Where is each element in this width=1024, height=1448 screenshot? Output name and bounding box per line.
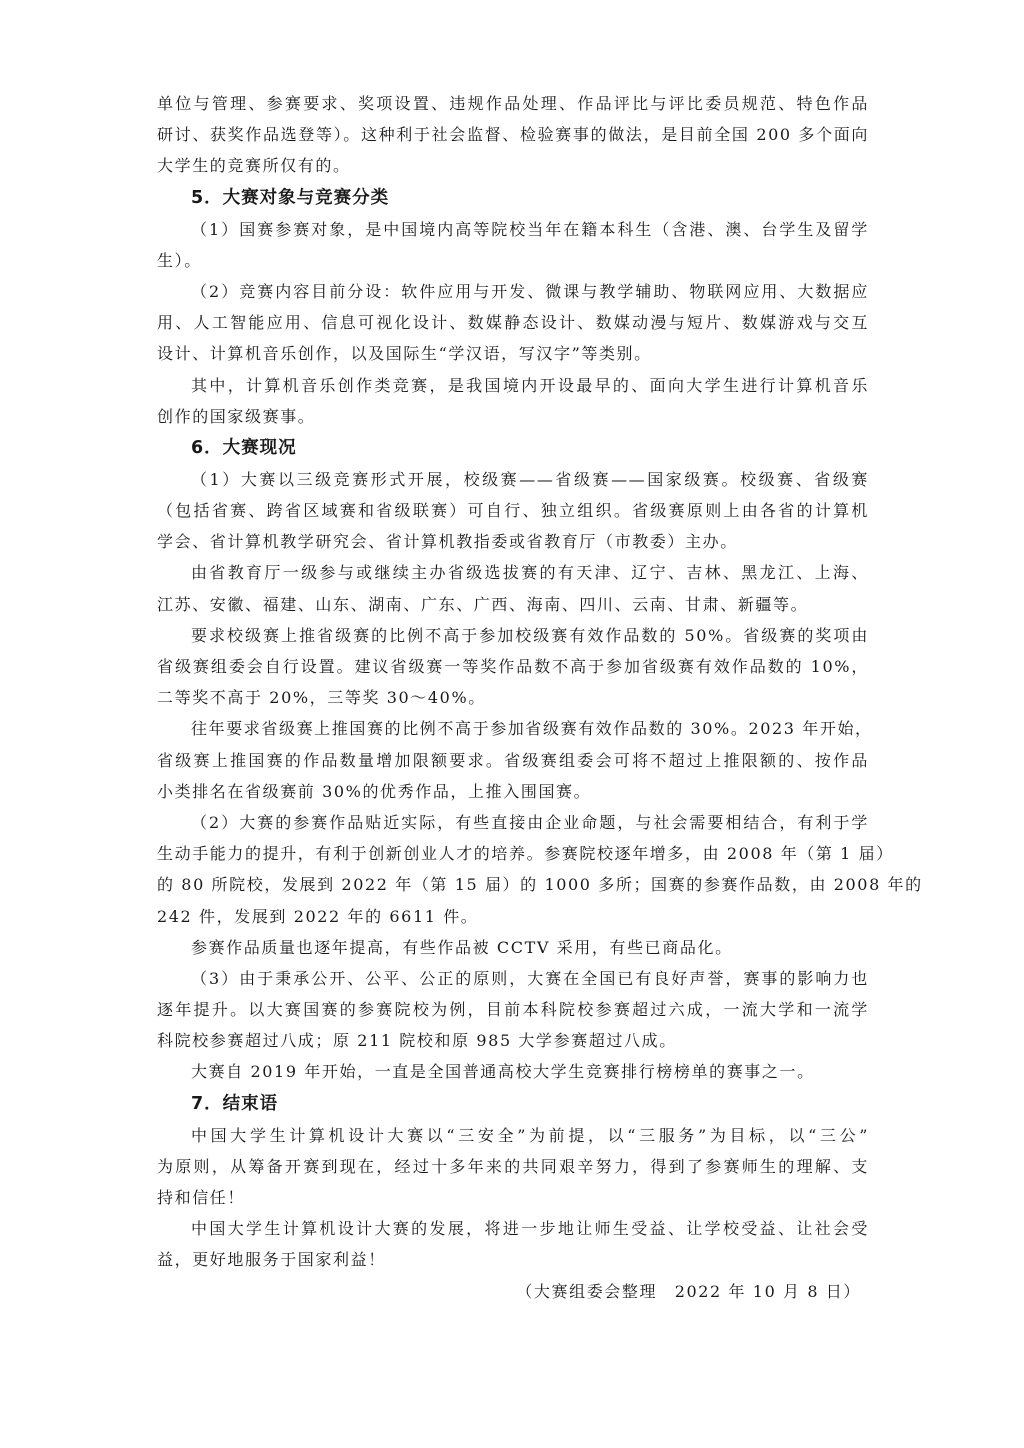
paragraph: （2）竞赛内容目前分设：软件应用与开发、微课与教学辅助、物联网应用、大数据应用、… xyxy=(157,276,869,370)
paragraph: 往年要求省级赛上推国赛的比例不高于参加省级赛有效作品数的 30%。2023 年开… xyxy=(157,713,869,807)
text-line: （2）大赛的参赛作品贴近实际，有些直接由企业命题，与社会需要相结合，有利于学 xyxy=(157,807,869,838)
text-line: 逐年提升。以大赛国赛的参赛院校为例，目前本科院校参赛超过六成，一流大学和一流学 xyxy=(157,994,869,1025)
text-line: 生）。 xyxy=(157,245,869,276)
text-line: 242 件，发展到 2022 年的 6611 件。 xyxy=(157,901,869,932)
text-line: 学会、省计算机教学研究会、省计算机教指委或省教育厅（市教委）主办。 xyxy=(157,526,869,557)
document-page: 单位与管理、参赛要求、奖项设置、违规作品处理、作品评比与评比委员规范、特色作品研… xyxy=(157,88,869,1307)
text-line: 益，更好地服务于国家利益！ xyxy=(157,1244,869,1275)
text-line: 设计、计算机音乐创作，以及国际生“学汉语，写汉字”等类别。 xyxy=(157,338,869,369)
text-line: 大学生的竞赛所仅有的。 xyxy=(157,150,869,181)
text-line: 省级赛组委会自行设置。建议省级赛一等奖作品数不高于参加省级赛有效作品数的 10%… xyxy=(157,651,869,682)
text-line: 为原则，从筹备开赛到现在，经过十多年来的共同艰辛努力，得到了参赛师生的理解、支 xyxy=(157,1151,869,1182)
paragraph: 由省教育厅一级参与或继续主办省级选拔赛的有天津、辽宁、吉林、黑龙江、上海、江苏、… xyxy=(157,557,869,619)
text-line: （包括省赛、跨省区域赛和省级联赛）可自行、独立组织。省级赛原则上由各省的计算机 xyxy=(157,495,869,526)
text-line: 持和信任！ xyxy=(157,1182,869,1213)
text-line: 研讨、获奖作品选登等）。这种利于社会监督、检验赛事的做法，是目前全国 200 多… xyxy=(157,119,869,150)
text-line: 往年要求省级赛上推国赛的比例不高于参加省级赛有效作品数的 30%。2023 年开… xyxy=(157,713,869,744)
text-line: 中国大学生计算机设计大赛以“三安全”为前提，以“三服务”为目标，以“三公” xyxy=(157,1120,869,1151)
paragraph: （2）大赛的参赛作品贴近实际，有些直接由企业命题，与社会需要相结合，有利于学生动… xyxy=(157,807,869,932)
text-line: 中国大学生计算机设计大赛的发展，将进一步地让师生受益、让学校受益、让社会受 xyxy=(157,1213,869,1244)
text-line: 其中，计算机音乐创作类竞赛，是我国境内开设最早的、面向大学生进行计算机音乐 xyxy=(157,370,869,401)
paragraph: 中国大学生计算机设计大赛以“三安全”为前提，以“三服务”为目标，以“三公”为原则… xyxy=(157,1120,869,1214)
paragraph: 中国大学生计算机设计大赛的发展，将进一步地让师生受益、让学校受益、让社会受益，更… xyxy=(157,1213,869,1275)
text-line: 单位与管理、参赛要求、奖项设置、违规作品处理、作品评比与评比委员规范、特色作品 xyxy=(157,88,869,119)
text-line: 二等奖不高于 20%，三等奖 30～40%。 xyxy=(157,682,869,713)
text-line: （1）大赛以三级竞赛形式开展，校级赛——省级赛——国家级赛。校级赛、省级赛 xyxy=(157,464,869,495)
text-line: 生动手能力的提升，有利于创新创业人才的培养。参赛院校逐年增多，由 2008 年（… xyxy=(157,838,869,869)
text-line: （3）由于秉承公开、公平、公正的原则，大赛在全国已有良好声誉，赛事的影响力也 xyxy=(157,963,869,994)
text-line: 科院校参赛超过八成；原 211 院校和原 985 大学参赛超过八成。 xyxy=(157,1025,869,1056)
text-line: 创作的国家级赛事。 xyxy=(157,401,869,432)
text-line: 由省教育厅一级参与或继续主办省级选拔赛的有天津、辽宁、吉林、黑龙江、上海、 xyxy=(157,557,869,588)
paragraph: 大赛自 2019 年开始，一直是全国普通高校大学生竞赛排行榜榜单的赛事之一。 xyxy=(157,1056,869,1087)
text-line: （2）竞赛内容目前分设：软件应用与开发、微课与教学辅助、物联网应用、大数据应 xyxy=(157,276,869,307)
paragraph: 其中，计算机音乐创作类竞赛，是我国境内开设最早的、面向大学生进行计算机音乐创作的… xyxy=(157,370,869,432)
text-line: 要求校级赛上推省级赛的比例不高于参加校级赛有效作品数的 50%。省级赛的奖项由 xyxy=(157,620,869,651)
paragraph: （1）大赛以三级竞赛形式开展，校级赛——省级赛——国家级赛。校级赛、省级赛（包括… xyxy=(157,464,869,558)
text-line: 参赛作品质量也逐年提高，有些作品被 CCTV 采用，有些已商品化。 xyxy=(157,932,869,963)
paragraph: 单位与管理、参赛要求、奖项设置、违规作品处理、作品评比与评比委员规范、特色作品研… xyxy=(157,88,869,182)
text-line: 的 80 所院校，发展到 2022 年（第 15 届）的 1000 多所；国赛的… xyxy=(157,869,869,900)
paragraph: 要求校级赛上推省级赛的比例不高于参加校级赛有效作品数的 50%。省级赛的奖项由省… xyxy=(157,620,869,714)
section-heading: 5．大赛对象与竞赛分类 xyxy=(157,182,869,214)
text-line: 大赛自 2019 年开始，一直是全国普通高校大学生竞赛排行榜榜单的赛事之一。 xyxy=(157,1056,869,1087)
paragraph: （3）由于秉承公开、公平、公正的原则，大赛在全国已有良好声誉，赛事的影响力也逐年… xyxy=(157,963,869,1057)
section-heading: 7．结束语 xyxy=(157,1088,869,1120)
paragraph: （1）国赛参赛对象，是中国境内高等院校当年在籍本科生（含港、澳、台学生及留学生）… xyxy=(157,214,869,276)
text-line: 用、人工智能应用、信息可视化设计、数媒静态设计、数媒动漫与短片、数媒游戏与交互 xyxy=(157,307,869,338)
text-line: 江苏、安徽、福建、山东、湖南、广东、广西、海南、四川、云南、甘肃、新疆等。 xyxy=(157,589,869,620)
paragraph: 参赛作品质量也逐年提高，有些作品被 CCTV 采用，有些已商品化。 xyxy=(157,932,869,963)
text-line: 省级赛上推国赛的作品数量增加限额要求。省级赛组委会可将不超过上推限额的、按作品 xyxy=(157,745,869,776)
section-heading: 6．大赛现况 xyxy=(157,432,869,464)
text-line: （1）国赛参赛对象，是中国境内高等院校当年在籍本科生（含港、澳、台学生及留学 xyxy=(157,214,869,245)
text-line: 小类排名在省级赛前 30%的优秀作品，上推入围国赛。 xyxy=(157,776,869,807)
signature-date: （大赛组委会整理 2022 年 10 月 8 日） xyxy=(157,1276,869,1307)
